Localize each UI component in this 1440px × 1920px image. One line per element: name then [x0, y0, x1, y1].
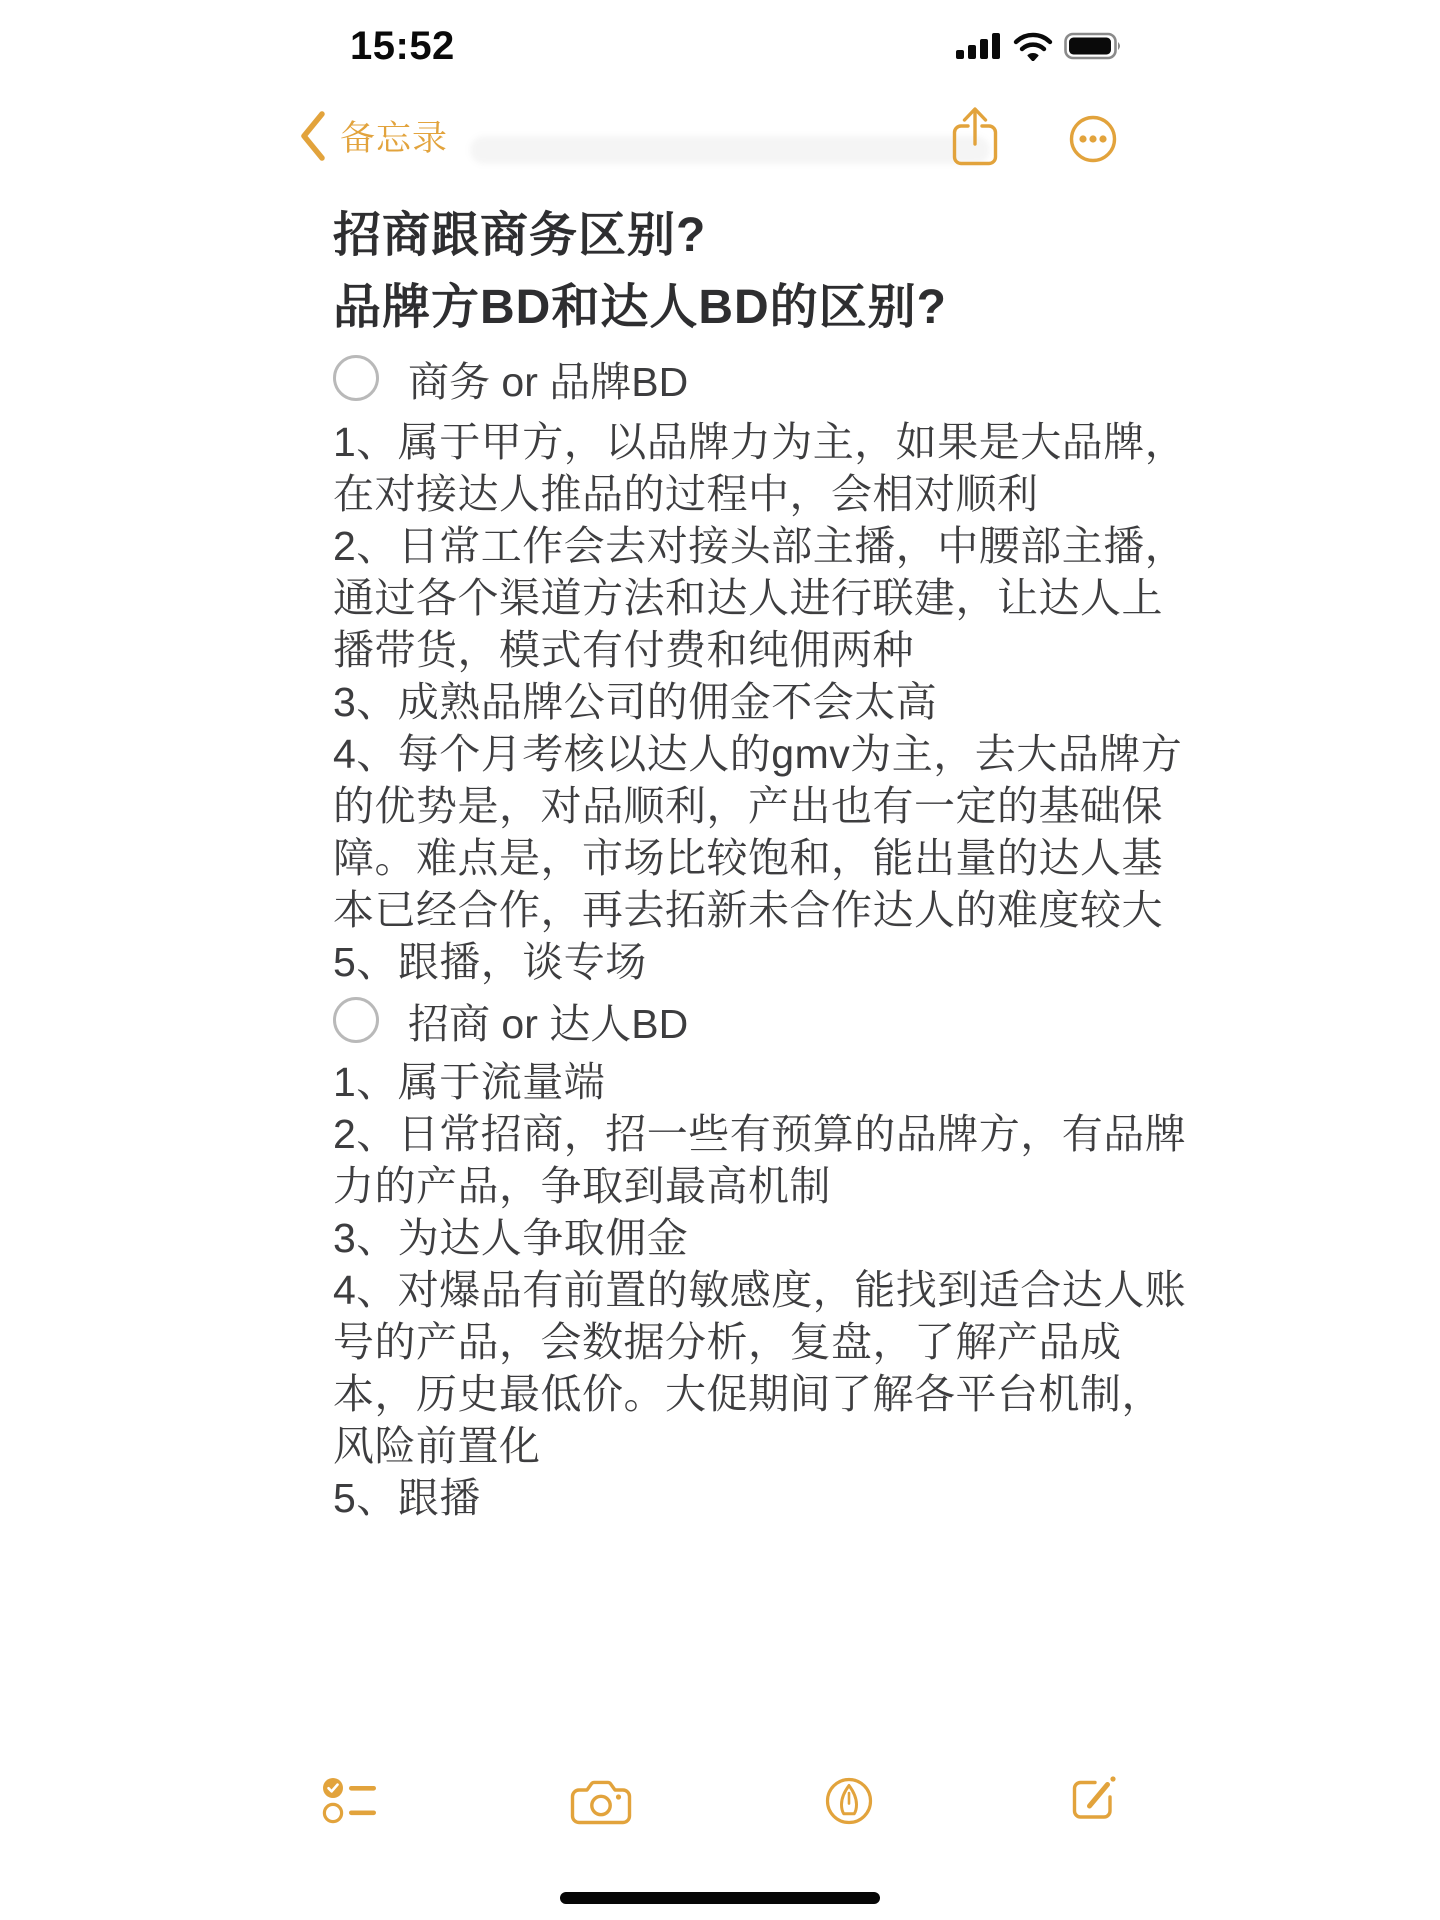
wifi-icon: [1013, 31, 1053, 66]
note-section-2: 1、属于流量端2、日常招商，招一些有预算的品牌方，有品牌力的产品，争取到最高机制…: [333, 1056, 1193, 1524]
cellular-signal-icon: [956, 31, 1002, 66]
note-text-line: 通过各个渠道方法和达人进行联建，让达人上: [333, 572, 1193, 624]
watermark-smudge: [470, 136, 990, 164]
checklist-circle-2[interactable]: [333, 997, 379, 1043]
checklist-circle-1[interactable]: [333, 355, 379, 401]
note-text-line: 在对接达人推品的过程中，会相对顺利: [333, 468, 1193, 520]
note-section-1: 1、属于甲方，以品牌力为主，如果是大品牌，在对接达人推品的过程中，会相对顺利2、…: [333, 416, 1193, 988]
chevron-left-icon: [298, 110, 326, 167]
checklist-label-2: 招商 or 达人BD: [408, 991, 688, 1050]
notes-app-screen: 15:52: [0, 0, 1440, 1920]
note-text-line: 力的产品，争取到最高机制: [333, 1160, 1193, 1212]
note-text-line: 的优势是，对品顺利，产出也有一定的基础保: [333, 780, 1193, 832]
note-text-line: 4、对爆品有前置的敏感度，能找到适合达人账: [333, 1264, 1193, 1316]
home-indicator[interactable]: [560, 1892, 880, 1904]
camera-toolbar-button[interactable]: [570, 1779, 632, 1830]
note-text-line: 1、属于流量端: [333, 1056, 1193, 1108]
note-text-line: 3、成熟品牌公司的佣金不会太高: [333, 676, 1193, 728]
note-content[interactable]: 招商跟商务区别? 品牌方BD和达人BD的区别? 商务 or 品牌BD 1、属于甲…: [333, 200, 1193, 1524]
back-button[interactable]: 备忘录: [298, 110, 448, 167]
note-text-line: 障。难点是，市场比较饱和，能出量的达人基: [333, 832, 1193, 884]
battery-icon: [1064, 31, 1124, 66]
note-text-line: 2、日常工作会去对接头部主播，中腰部主播，: [333, 520, 1193, 572]
note-text-line: 播带货，模式有付费和纯佣两种: [333, 624, 1193, 676]
note-text-line: 本，历史最低价。大促期间了解各平台机制，: [333, 1368, 1193, 1420]
status-time: 15:52: [350, 24, 455, 69]
note-title-line-1: 招商跟商务区别?: [333, 200, 1193, 272]
checklist-item-1: 商务 or 品牌BD: [333, 350, 1193, 406]
note-title-line-2: 品牌方BD和达人BD的区别?: [333, 272, 1193, 344]
share-button[interactable]: [951, 105, 999, 172]
note-text-line: 3、为达人争取佣金: [333, 1212, 1193, 1264]
checklist-item-2: 招商 or 达人BD: [333, 992, 1193, 1048]
note-text-line: 风险前置化: [333, 1420, 1193, 1472]
compose-toolbar-button[interactable]: [1068, 1774, 1118, 1829]
status-icons: [956, 31, 1124, 66]
note-text-line: 5、跟播，谈专场: [333, 936, 1193, 988]
more-options-button[interactable]: [1068, 114, 1118, 169]
back-label: 备忘录: [340, 113, 448, 165]
checklist-label-1: 商务 or 品牌BD: [408, 349, 688, 408]
markup-toolbar-button[interactable]: [824, 1776, 874, 1831]
checklist-toolbar-button[interactable]: [322, 1777, 379, 1830]
note-text-line: 2、日常招商，招一些有预算的品牌方，有品牌: [333, 1108, 1193, 1160]
note-text-line: 号的产品，会数据分析，复盘，了解产品成: [333, 1316, 1193, 1368]
note-text-line: 1、属于甲方，以品牌力为主，如果是大品牌，: [333, 416, 1193, 468]
note-text-line: 5、跟播: [333, 1472, 1193, 1524]
note-text-line: 4、每个月考核以达人的gmv为主，去大品牌方: [333, 728, 1193, 780]
note-text-line: 本已经合作，再去拓新未合作达人的难度较大: [333, 884, 1193, 936]
